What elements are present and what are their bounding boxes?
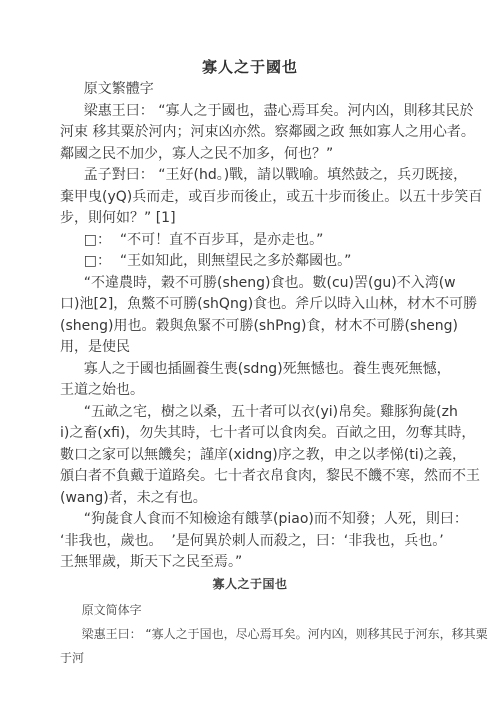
paragraph-gouzhi-shi-renshi: “狗彘食人食而不知檢途有餓莩(piao)而不知發；人死，則曰： ‘非我也，歲也。… [60, 509, 492, 574]
paragraph-simplified-liang-hui-wang: 梁惠王曰： “寡人之于国也，尽心焉耳矣。河内凶，则移其民于河东，移其粟于河 [60, 622, 492, 670]
paragraph-liang-hui-wang: 梁惠王曰： “寡人之于國也，盡心焉耳矣。河内凶，則移其民於 河束 移其粟於河内；… [60, 101, 492, 166]
paragraph-wumu-zhi-zhai: “五畝之宅，樹之以桑，五十者可以衣(yi)帛矣。雞豚狗彘(zh i)之畜(xfi… [60, 402, 492, 510]
paragraph-yangsheng-sangsi: 寡人之于國也插圖養生喪(sdng)死無憾也。養生喪死無憾， 王道之始也。 [60, 359, 492, 402]
paragraph-buwei-nongshi: “不違農時，穀不可勝(sheng)食也。數(cu)罟(gu)不入湾(w 口)池[… [60, 273, 492, 359]
traditional-section: 原文繁體字 梁惠王曰： “寡人之于國也，盡心焉耳矣。河内凶，則移其民於 河束 移… [60, 79, 492, 574]
paragraph-wang-ru-zhi-ci: □： “王如知此，則無望民之多於鄰國也。” [60, 251, 492, 273]
paragraph-buke: □： “不可！直不百步耳，是亦走也。” [60, 230, 492, 252]
paragraph-mengzi-reply: 孟子對曰： “王好(hd。)戰，請以戰喻。填然鼓之，兵刃既接， 棄甲曳(yQ)兵… [60, 165, 492, 230]
subtitle-simplified: 寡人之于国也 [0, 576, 500, 593]
document-page: 寡人之于國也 原文繁體字 梁惠王曰： “寡人之于國也，盡心焉耳矣。河内凶，則移其… [0, 0, 500, 707]
page-title: 寡人之于國也 [0, 57, 500, 77]
section-label-traditional: 原文繁體字 [60, 79, 492, 101]
simplified-section: 原文简体字 梁惠王曰： “寡人之于国也，尽心焉耳矣。河内凶，则移其民于河东，移其… [60, 598, 492, 670]
section-label-simplified: 原文简体字 [60, 598, 492, 622]
